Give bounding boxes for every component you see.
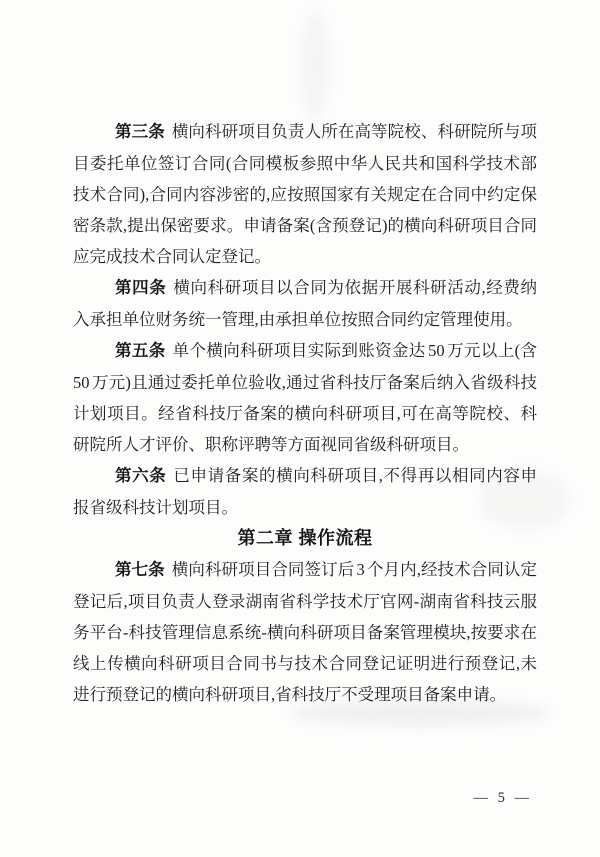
page-number: — 5 — bbox=[474, 789, 533, 807]
article-paragraph: 第三条横向科研项目负责人所在高等院校、科研院所与项目委托单位签订合同(合同模板参… bbox=[73, 116, 537, 272]
chapter-heading: 第二章 操作流程 bbox=[73, 523, 537, 554]
article-paragraph: 第六条已申请备案的横向科研项目,不得再以相同内容申报省级科技计划项目。 bbox=[73, 460, 537, 523]
article-number-label: 第六条 bbox=[115, 467, 166, 485]
article-text: 横向科研项目合同签订后 3 个月内,经技术合同认定登记后,项目负责人登录湖南省科… bbox=[73, 560, 537, 704]
text-column: 第三条横向科研项目负责人所在高等院校、科研院所与项目委托单位签订合同(合同模板参… bbox=[73, 116, 537, 710]
document-page: 第三条横向科研项目负责人所在高等院校、科研院所与项目委托单位签订合同(合同模板参… bbox=[0, 0, 600, 857]
article-paragraph: 第七条横向科研项目合同签订后 3 个月内,经技术合同认定登记后,项目负责人登录湖… bbox=[73, 554, 537, 710]
article-number-label: 第四条 bbox=[115, 279, 166, 297]
article-number-label: 第五条 bbox=[115, 342, 166, 360]
article-number-label: 第七条 bbox=[115, 561, 165, 579]
scan-artifact bbox=[300, 10, 330, 120]
article-text: 横向科研项目负责人所在高等院校、科研院所与项目委托单位签订合同(合同模板参照中华… bbox=[73, 122, 537, 266]
article-paragraph: 第五条单个横向科研项目实际到账资金达 50 万元以上(含 50 万元)且通过委托… bbox=[73, 335, 537, 460]
article-paragraph: 第四条横向科研项目以合同为依据开展科研活动,经费纳入承担单位财务统一管理,由承担… bbox=[73, 272, 537, 335]
article-number-label: 第三条 bbox=[115, 123, 165, 141]
